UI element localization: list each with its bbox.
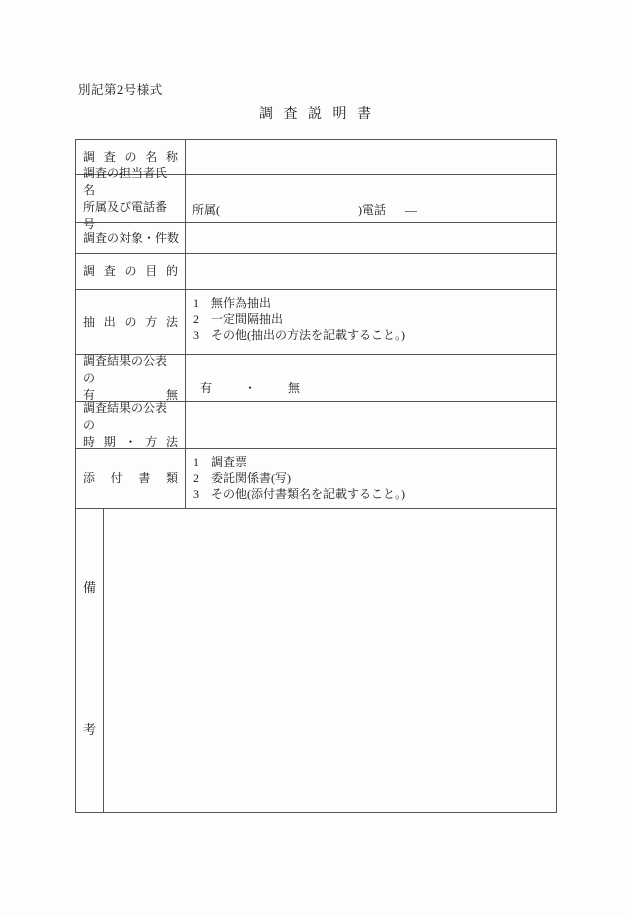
row-attachments: 添 付 書 類 1 調査票 2 委託関係書(写) 3 その他(添付書類名を記載す…	[76, 448, 556, 508]
timing-label-line1: 調査結果の公表の	[83, 400, 178, 434]
purpose-label-cell: 調 査 の 目 的	[76, 254, 186, 289]
attachments-list-area: 1 調査票 2 委託関係書(写) 3 その他(添付書類名を記載すること。)	[186, 449, 556, 508]
attachment-item-3: 3 その他(添付書類名を記載すること。)	[193, 486, 552, 502]
target-count-label-cell: 調査の対象・件数	[76, 223, 186, 253]
remarks-input-area	[104, 509, 556, 812]
affiliation-prefix: 所属(	[192, 202, 220, 218]
extraction-option-3: 3 その他(抽出の方法を記載すること。)	[193, 327, 552, 343]
phone-dash: —	[405, 202, 417, 218]
extraction-options-list: 1 無作為抽出 2 一定間隔抽出 3 その他(抽出の方法を記載すること。)	[186, 290, 556, 347]
row-remarks: 備 考	[76, 508, 556, 812]
row-contact: 調査の担当者氏名 所属及び電話番号 所属( )電話 —	[76, 174, 556, 222]
publication-choice-value: 有 ・ 無	[200, 380, 310, 396]
attachments-label: 添 付 書 類	[83, 470, 178, 487]
row-publication: 調査結果の公表の 有 無 有 ・ 無	[76, 354, 556, 401]
attachment-item-2: 2 委託関係書(写)	[193, 470, 552, 486]
row-extraction-method: 抽 出 の 方 法 1 無作為抽出 2 一定間隔抽出 3 その他(抽出の方法を記…	[76, 289, 556, 354]
survey-name-label: 調 査 の 名 称	[83, 149, 178, 166]
contact-label-cell: 調査の担当者氏名 所属及び電話番号	[76, 175, 186, 222]
contact-label-line1: 調査の担当者氏名	[83, 165, 178, 199]
attachments-list: 1 調査票 2 委託関係書(写) 3 その他(添付書類名を記載すること。)	[186, 449, 556, 506]
publication-choice-area: 有 ・ 無	[186, 355, 556, 401]
form-number: 別記第2号様式	[78, 80, 163, 98]
page-title: 調 査 説 明 書	[0, 103, 630, 123]
remarks-label-char2: 考	[83, 719, 96, 738]
extraction-options-area: 1 無作為抽出 2 一定間隔抽出 3 その他(抽出の方法を記載すること。)	[186, 290, 556, 354]
target-count-label: 調査の対象・件数	[83, 230, 178, 247]
extraction-label: 抽 出 の 方 法	[83, 314, 178, 331]
contact-input-area: 所属( )電話 —	[186, 175, 556, 222]
row-publication-timing: 調査結果の公表の 時 期 ・ 方 法	[76, 401, 556, 448]
target-count-input-area	[186, 223, 556, 253]
survey-form-table: 調 査 の 名 称 調査の担当者氏名 所属及び電話番号 所属( )電話 — 調査…	[75, 139, 557, 813]
document-page: { "page": { "form_number": "別記第2号様式", "t…	[0, 0, 630, 916]
timing-label-cell: 調査結果の公表の 時 期 ・ 方 法	[76, 402, 186, 448]
timing-label-line2: 時 期 ・ 方 法	[83, 434, 178, 451]
survey-name-input-area	[186, 140, 556, 174]
row-purpose: 調 査 の 目 的	[76, 253, 556, 289]
publication-label-cell: 調査結果の公表の 有 無	[76, 355, 186, 401]
attachment-item-1: 1 調査票	[193, 454, 552, 470]
extraction-label-cell: 抽 出 の 方 法	[76, 290, 186, 354]
extraction-option-1: 1 無作為抽出	[193, 295, 552, 311]
purpose-label: 調 査 の 目 的	[83, 263, 178, 280]
attachments-label-cell: 添 付 書 類	[76, 449, 186, 508]
extraction-option-2: 2 一定間隔抽出	[193, 311, 552, 327]
purpose-input-area	[186, 254, 556, 289]
row-target-count: 調査の対象・件数	[76, 222, 556, 253]
remarks-label-char1: 備	[83, 577, 96, 596]
publication-label-line1: 調査結果の公表の	[83, 353, 178, 387]
remarks-label-cell: 備 考	[76, 509, 104, 812]
timing-input-area	[186, 402, 556, 448]
phone-label: )電話	[358, 202, 386, 218]
